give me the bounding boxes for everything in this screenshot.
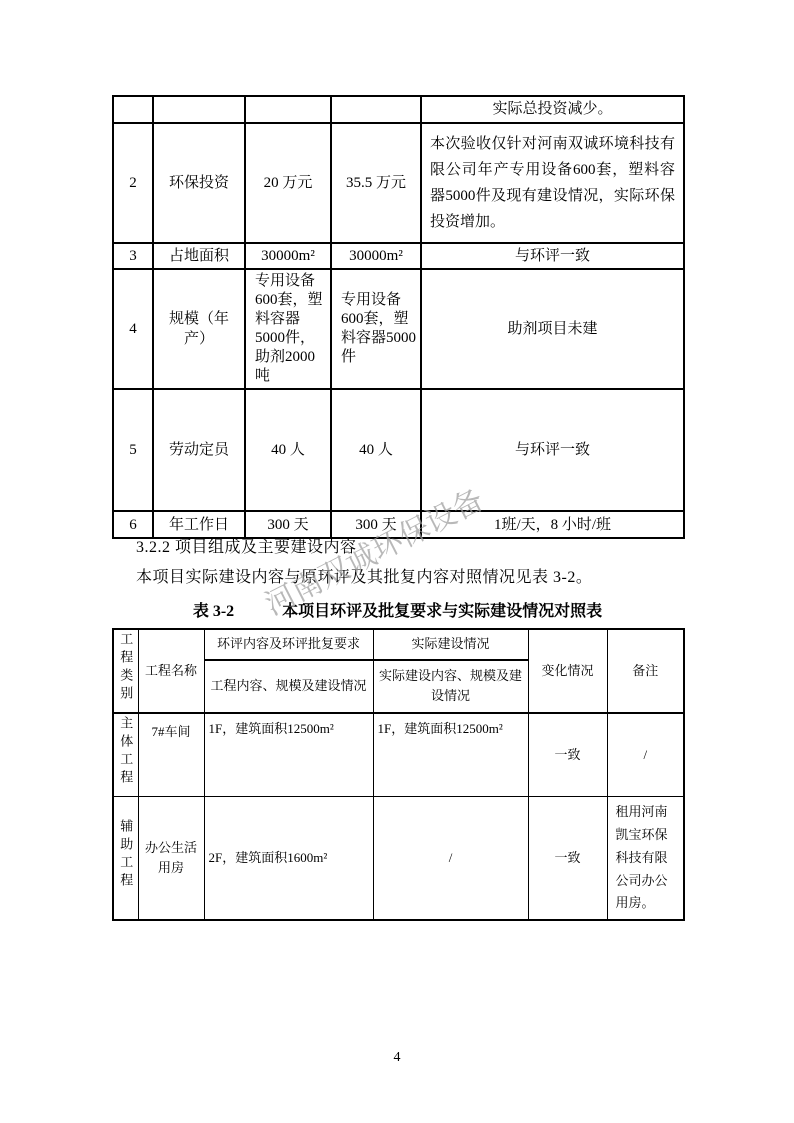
table-cell: 劳动定员 [153, 389, 245, 511]
table-caption-label: 表 3-2 [193, 603, 234, 620]
cell-category: 辅助工程 [113, 797, 138, 920]
table-cell: 助剂项目未建 [421, 269, 684, 389]
cell-name: 办公生活用房 [138, 797, 204, 920]
table-cell: 1班/天，8 小时/班 [421, 511, 684, 538]
header-name: 工程名称 [138, 629, 204, 713]
cell-actual: 1F，建筑面积12500m² [373, 713, 528, 797]
header-note: 备注 [607, 629, 684, 713]
header-eia-sub: 工程内容、规模及建设情况 [204, 660, 373, 713]
cell-change: 一致 [528, 713, 607, 797]
table-cell: 30000m² [245, 243, 331, 269]
table-cell: 与环评一致 [421, 389, 684, 511]
table-cell: 40 人 [331, 389, 421, 511]
table-cell: 3 [113, 243, 153, 269]
cell-change: 一致 [528, 797, 607, 920]
header-actual-sub: 实际建设内容、规模及建设情况 [373, 660, 528, 713]
cell-category-label: 主体工程 [119, 716, 132, 788]
table-cell: 35.5 万元 [331, 123, 421, 243]
header-eia-group: 环评内容及环评批复要求 [204, 629, 373, 660]
table-row: 实际总投资减少。 [113, 96, 684, 123]
header-change: 变化情况 [528, 629, 607, 713]
table-cell: 与环评一致 [421, 243, 684, 269]
table-cell: 40 人 [245, 389, 331, 511]
table-row: 4 规模（年产） 专用设备600套，塑料容器5000件，助剂2000吨 专用设备… [113, 269, 684, 389]
table-cell [113, 96, 153, 123]
comparison-table: 工程类别 工程名称 环评内容及环评批复要求 实际建设情况 变化情况 备注 工程内… [112, 628, 685, 921]
table-cell: 环保投资 [153, 123, 245, 243]
cell-actual: / [373, 797, 528, 920]
table-row: 3 占地面积 30000m² 30000m² 与环评一致 [113, 243, 684, 269]
table-row: 辅助工程 办公生活用房 2F，建筑面积1600m² / 一致 租用河南凯宝环保科… [113, 797, 684, 920]
table-cell: 20 万元 [245, 123, 331, 243]
project-overview-table: 实际总投资减少。 2 环保投资 20 万元 35.5 万元 本次验收仅针对河南双… [112, 95, 685, 539]
header-category: 工程类别 [113, 629, 138, 713]
body-paragraph: 本项目实际建设内容与原环评及其批复内容对照情况见表 3-2。 [136, 564, 592, 587]
document-page: 实际总投资减少。 2 环保投资 20 万元 35.5 万元 本次验收仅针对河南双… [0, 0, 794, 1123]
table-row: 5 劳动定员 40 人 40 人 与环评一致 [113, 389, 684, 511]
table-cell: 占地面积 [153, 243, 245, 269]
header-category-label: 工程类别 [119, 632, 132, 704]
cell-eia: 2F，建筑面积1600m² [204, 797, 373, 920]
cell-note: 租用河南凯宝环保科技有限公司办公用房。 [607, 797, 684, 920]
table-cell: 2 [113, 123, 153, 243]
table-cell: 30000m² [331, 243, 421, 269]
cell-category: 主体工程 [113, 713, 138, 797]
table-cell [153, 96, 245, 123]
table-cell: 实际总投资减少。 [421, 96, 684, 123]
header-actual-group: 实际建设情况 [373, 629, 528, 660]
table-caption-title: 本项目环评及批复要求与实际建设情况对照表 [282, 603, 602, 620]
table-cell [245, 96, 331, 123]
table-cell: 专用设备600套，塑料容器5000件 [331, 269, 421, 389]
cell-note: / [607, 713, 684, 797]
table-cell: 4 [113, 269, 153, 389]
table-caption: 表 3-2本项目环评及批复要求与实际建设情况对照表 [112, 598, 683, 621]
table-header-row: 工程类别 工程名称 环评内容及环评批复要求 实际建设情况 变化情况 备注 [113, 629, 684, 660]
cell-name: 7#车间 [138, 713, 204, 797]
table-cell: 专用设备600套，塑料容器5000件，助剂2000吨 [245, 269, 331, 389]
cell-category-label: 辅助工程 [119, 819, 132, 891]
table-cell: 规模（年产） [153, 269, 245, 389]
table-cell: 5 [113, 389, 153, 511]
cell-eia: 1F，建筑面积12500m² [204, 713, 373, 797]
table-row: 主体工程 7#车间 1F，建筑面积12500m² 1F，建筑面积12500m² … [113, 713, 684, 797]
page-number: 4 [0, 1050, 794, 1066]
table-row: 2 环保投资 20 万元 35.5 万元 本次验收仅针对河南双诚环境科技有限公司… [113, 123, 684, 243]
section-heading: 3.2.2 项目组成及主要建设内容 [136, 534, 357, 557]
table-cell: 本次验收仅针对河南双诚环境科技有限公司年产专用设备600套，塑料容器5000件及… [421, 123, 684, 243]
table-cell [331, 96, 421, 123]
